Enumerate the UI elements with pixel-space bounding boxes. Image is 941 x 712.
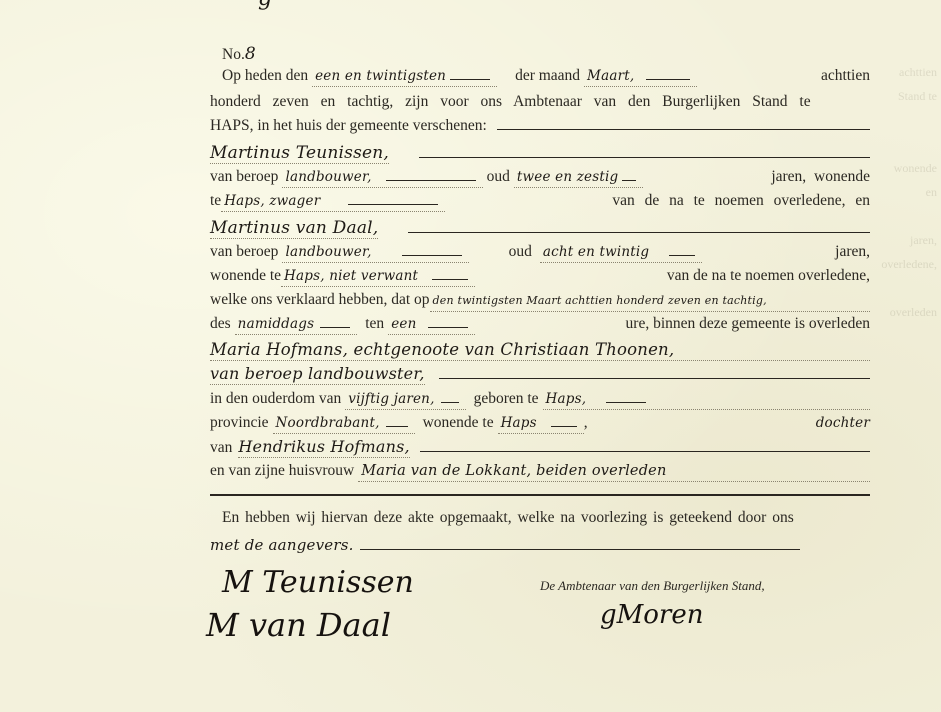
rule bbox=[360, 549, 800, 550]
text-oud: oud bbox=[487, 167, 510, 187]
father-name: Hendrikus Hofmans, bbox=[238, 437, 409, 458]
text-overledene-en: van de na te noemen overledene, en bbox=[612, 191, 870, 211]
value-birthplace: Haps, bbox=[546, 389, 587, 409]
line-age-birthplace: in den ouderdom van vijftig jaren, gebor… bbox=[210, 389, 870, 410]
value-deceased-age: vijftig jaren, bbox=[348, 389, 434, 409]
number-value: 8 bbox=[245, 44, 256, 64]
field-deceased-age: vijftig jaren, bbox=[345, 389, 465, 410]
closing-rule bbox=[210, 494, 870, 496]
text-akte-opgemaakt: En hebben wij hiervan deze akte opgemaak… bbox=[222, 508, 794, 528]
dash bbox=[622, 180, 636, 181]
text-wonende-te: wonende te bbox=[423, 413, 494, 433]
field-province: Noordbrabant, bbox=[273, 413, 415, 434]
text-van-beroep: van beroep bbox=[210, 167, 278, 187]
value-part-of-day: namiddags bbox=[238, 314, 315, 334]
field-part-of-day: namiddags bbox=[235, 314, 358, 335]
value-residence1: Haps, zwager bbox=[224, 191, 320, 211]
value-day: een en twintigsten bbox=[315, 66, 446, 86]
line-date: Op heden den een en twintigsten der maan… bbox=[222, 66, 870, 87]
dash bbox=[428, 327, 468, 328]
line-year: honderd zeven en tachtig, zijn voor ons … bbox=[210, 92, 870, 112]
text-year-ambtenaar: honderd zeven en tachtig, zijn voor ons … bbox=[210, 92, 811, 112]
signature-witness1: M Teunissen bbox=[222, 565, 414, 600]
dash bbox=[386, 426, 408, 427]
dash bbox=[606, 402, 646, 403]
field-hour: een bbox=[388, 314, 475, 335]
text-jaren-wonende: jaren, wonende bbox=[771, 167, 870, 187]
line-death-date: welke ons verklaard hebben, dat op den t… bbox=[210, 290, 870, 312]
dash bbox=[432, 279, 468, 280]
value-deceased-residence: Haps bbox=[501, 413, 537, 433]
field-age2: acht en twintig bbox=[540, 242, 702, 263]
value-age2: acht en twintig bbox=[543, 242, 649, 262]
line-declarant1-occupation: van beroep landbouwer, oud twee en zesti… bbox=[210, 167, 870, 188]
rule bbox=[497, 129, 870, 130]
text-der-maand: der maand bbox=[515, 66, 580, 86]
line-witnesses-note: met de aangevers. bbox=[210, 535, 870, 555]
dash bbox=[441, 402, 459, 403]
line-province: provincie Noordbrabant, wonende te Haps … bbox=[210, 413, 870, 434]
value-age1: twee en zestig bbox=[517, 167, 618, 187]
text-huisvrouw: en van zijne huisvrouw bbox=[210, 461, 354, 481]
text-verklaard: welke ons verklaard hebben, dat op bbox=[210, 290, 430, 310]
line-father: van Hendrikus Hofmans, bbox=[210, 437, 870, 458]
dash bbox=[348, 204, 438, 205]
line-death-time: des namiddags ten een ure, binnen deze g… bbox=[210, 314, 870, 335]
signed-with-note: met de aangevers. bbox=[210, 535, 354, 555]
rule bbox=[408, 232, 870, 233]
official-caption: De Ambtenaar van den Burgerlijken Stand, bbox=[540, 578, 765, 594]
text-ouderdom: in den ouderdom van bbox=[210, 389, 341, 409]
text-ten: ten bbox=[365, 314, 384, 334]
text-op-heden-den: Op heden den bbox=[222, 66, 308, 86]
value-residence2: Haps, niet verwant bbox=[284, 266, 418, 286]
line-haps: HAPS, in het huis der gemeente verschene… bbox=[210, 116, 870, 136]
text-geboren-te: geboren te bbox=[474, 389, 539, 409]
certificate-number: No. 8 bbox=[222, 44, 882, 65]
value-death-date: den twintigsten Maart achttien honderd z… bbox=[430, 291, 870, 312]
text-haps-verschenen: HAPS, in het huis der gemeente verschene… bbox=[210, 116, 487, 136]
declarant1-name: Martinus Teunissen, bbox=[210, 143, 389, 164]
text-van-beroep: van beroep bbox=[210, 242, 278, 262]
text-achttien: achttien bbox=[821, 66, 870, 86]
line-declarant1: Martinus Teunissen, bbox=[210, 143, 870, 164]
signature-official: gMoren bbox=[600, 600, 703, 630]
dash bbox=[450, 79, 490, 80]
deceased-occupation: van beroep landbouwster, bbox=[210, 364, 425, 385]
dash bbox=[646, 79, 690, 80]
dash bbox=[669, 255, 695, 256]
top-handwriting-fragment: g bbox=[258, 0, 272, 11]
value-hour: een bbox=[391, 314, 416, 334]
rule bbox=[439, 378, 870, 379]
text-des: des bbox=[210, 314, 231, 334]
text-jaren: jaren, bbox=[835, 242, 870, 262]
text-van: van bbox=[210, 438, 232, 458]
field-occupation1: landbouwer, bbox=[282, 167, 482, 188]
field-residence2: Haps, niet verwant bbox=[281, 266, 475, 287]
value-relation: dochter bbox=[816, 413, 870, 433]
value-province: Noordbrabant, bbox=[276, 413, 380, 433]
field-month: Maart, bbox=[584, 66, 697, 87]
deceased-name: Maria Hofmans, echtgenoote van Christiaa… bbox=[210, 340, 870, 361]
value-occupation1: landbouwer, bbox=[285, 167, 371, 187]
number-label: No. bbox=[222, 45, 245, 65]
certificate-page: g achttienStand te wonendeen jaren,overl… bbox=[0, 0, 941, 712]
line-deceased-occupation: van beroep landbouwster, bbox=[210, 364, 870, 385]
line-declarant2: Martinus van Daal, bbox=[210, 218, 870, 239]
signature-witness2: M van Daal bbox=[206, 606, 391, 644]
field-birthplace: Haps, bbox=[543, 389, 870, 410]
rule bbox=[420, 451, 870, 452]
field-deceased-residence: Haps bbox=[498, 413, 584, 434]
value-month: Maart, bbox=[587, 66, 634, 86]
dash bbox=[402, 255, 462, 256]
line-declarant1-residence: te Haps, zwager van de na te noemen over… bbox=[210, 191, 870, 212]
dash bbox=[320, 327, 350, 328]
line-declarant2-residence: wonende te Haps, niet verwant van de na … bbox=[210, 266, 870, 287]
text-oud: oud bbox=[509, 242, 532, 262]
dash bbox=[551, 426, 577, 427]
text-ure-overleden: ure, binnen deze gemeente is overleden bbox=[626, 314, 870, 334]
text-overledene: van de na te noemen overledene, bbox=[667, 266, 870, 286]
line-closing: En hebben wij hiervan deze akte opgemaak… bbox=[222, 508, 882, 528]
declarant2-name: Martinus van Daal, bbox=[210, 218, 378, 239]
text-provincie: provincie bbox=[210, 413, 269, 433]
dash bbox=[386, 180, 476, 181]
text-te: te bbox=[210, 191, 221, 211]
value-occupation2: landbouwer, bbox=[285, 242, 371, 262]
line-mother: en van zijne huisvrouw Maria van de Lokk… bbox=[210, 461, 870, 482]
field-occupation2: landbouwer, bbox=[282, 242, 468, 263]
rule bbox=[419, 157, 870, 158]
field-age1: twee en zestig bbox=[514, 167, 643, 188]
mother-name: Maria van de Lokkant, beiden overleden bbox=[358, 461, 870, 482]
text-comma: , bbox=[584, 413, 588, 433]
line-deceased: Maria Hofmans, echtgenoote van Christiaa… bbox=[210, 340, 870, 361]
field-day: een en twintigsten bbox=[312, 66, 497, 87]
line-declarant2-occupation: van beroep landbouwer, oud acht en twint… bbox=[210, 242, 870, 263]
field-residence1: Haps, zwager bbox=[221, 191, 445, 212]
text-wonende-te: wonende te bbox=[210, 266, 281, 286]
